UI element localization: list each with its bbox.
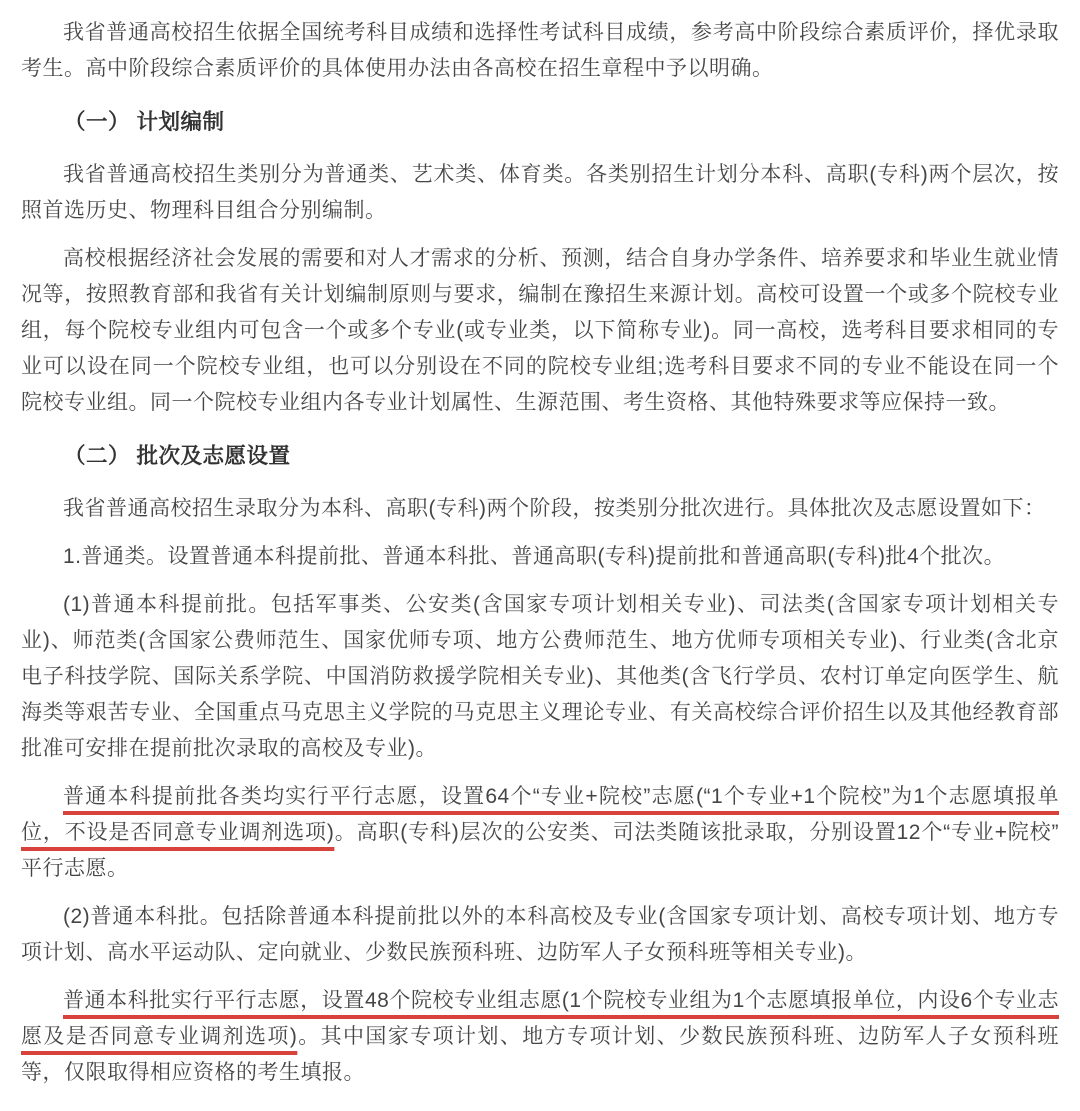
section-2-paragraph-3: (1)普通本科提前批。包括军事类、公安类(含国家专项计划相关专业)、司法类(含国…	[21, 587, 1059, 767]
section-2-heading: （二） 批次及志愿设置	[21, 438, 1059, 474]
section-2-paragraph-2: 1.普通类。设置普通本科提前批、普通本科批、普通高职(专科)提前批和普通高职(专…	[21, 539, 1059, 575]
section-2-paragraph-5: (2)普通本科批。包括除普通本科提前批以外的本科高校及专业(含国家专项计划、高校…	[21, 899, 1059, 971]
document-page: 我省普通高校招生依据全国统考科目成绩和选择性考试科目成绩，参考高中阶段综合素质评…	[0, 0, 1080, 1111]
intro-paragraph: 我省普通高校招生依据全国统考科目成绩和选择性考试科目成绩，参考高中阶段综合素质评…	[21, 15, 1059, 87]
section-2-paragraph-4: 普通本科提前批各类均实行平行志愿，设置64个“专业+院校”志愿(“1个专业+1个…	[21, 779, 1059, 887]
section-1-paragraph-2: 高校根据经济社会发展的需要和对人才需求的分析、预测，结合自身办学条件、培养要求和…	[21, 241, 1059, 421]
section-1-paragraph-1: 我省普通高校招生类别分为普通类、艺术类、体育类。各类别招生计划分本科、高职(专科…	[21, 157, 1059, 229]
section-2-paragraph-1: 我省普通高校招生录取分为本科、高职(专科)两个阶段，按类别分批次进行。具体批次及…	[21, 491, 1059, 527]
section-1-heading: （一） 计划编制	[21, 104, 1059, 140]
section-2-paragraph-6: 普通本科批实行平行志愿，设置48个院校专业组志愿(1个院校专业组为1个志愿填报单…	[21, 983, 1059, 1091]
